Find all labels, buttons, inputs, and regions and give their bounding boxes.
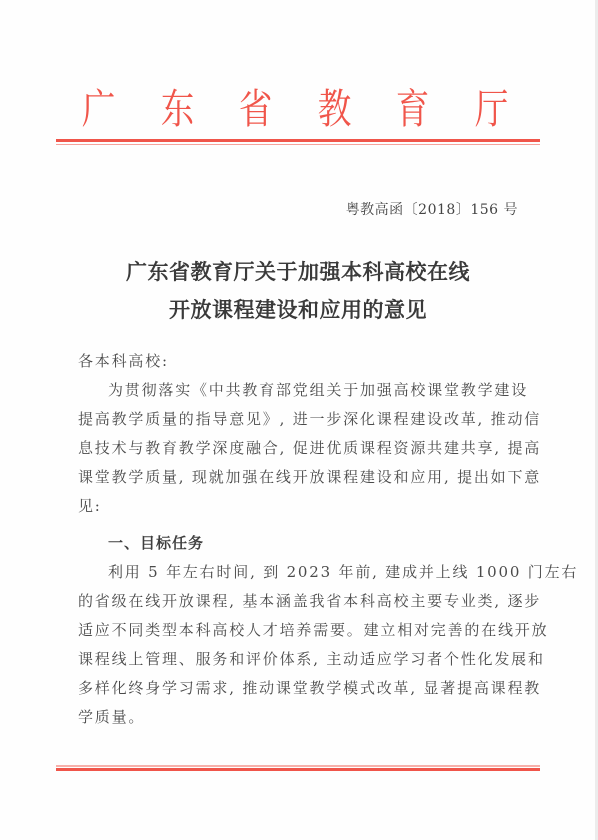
paragraph-line: 见: (78, 495, 518, 516)
rule-thin-line (56, 765, 540, 767)
paragraph-line: 适应不同类型本科高校人才培养需要。建立相对完善的在线开放 (78, 619, 518, 640)
rule-thick-line (56, 768, 540, 771)
document-page: 广 东 省 教 育 厅 粤教高函〔2018〕156 号 广东省教育厅关于加强本科… (0, 0, 596, 840)
document-title-line-2: 开放课程建设和应用的意见 (0, 294, 596, 324)
paragraph-line: 课堂教学质量, 现就加强在线开放课程建设和应用, 提出如下意 (78, 466, 518, 487)
footer-red-rule (56, 765, 540, 772)
header-red-rule (56, 139, 540, 146)
paragraph-line: 为贯彻落实《中共教育部党组关于加强高校课堂教学建设 (108, 379, 548, 400)
paragraph-line: 提高教学质量的指导意见》, 进一步深化课程建设改革, 推动信 (78, 408, 518, 429)
masthead-char: 育 (396, 89, 430, 130)
paragraph-line: 多样化终身学习需求, 推动课堂教学模式改革, 显著提高课程教 (78, 677, 518, 698)
masthead-char: 广 (82, 89, 116, 130)
paragraph-line: 的省级在线开放课程, 基本涵盖我省本科高校主要专业类, 逐步 (78, 590, 518, 611)
paragraph-line: 息技术与教育教学深度融合, 促进优质课程资源共建共享, 提高 (78, 437, 518, 458)
masthead-char: 厅 (475, 89, 509, 130)
paragraph-line: 课程线上管理、服务和评价体系, 主动适应学习者个性化发展和 (78, 648, 518, 669)
paragraph-line: 学质量。 (78, 706, 518, 727)
masthead-char: 省 (239, 89, 273, 130)
document-number: 粤教高函〔2018〕156 号 (346, 199, 518, 219)
salutation: 各本科高校: (78, 350, 518, 371)
issuer-masthead: 广 东 省 教 育 厅 (56, 84, 540, 134)
rule-thick-line (56, 139, 540, 142)
masthead-char: 教 (317, 89, 351, 130)
paragraph-line: 利用 5 年左右时间, 到 2023 年前, 建成并上线 1000 门左右 (108, 561, 548, 582)
masthead-char: 东 (160, 89, 194, 130)
rule-thin-line (56, 144, 540, 145)
document-title-line-1: 广东省教育厅关于加强本科高校在线 (0, 256, 596, 286)
section-heading: 一、目标任务 (108, 532, 204, 553)
